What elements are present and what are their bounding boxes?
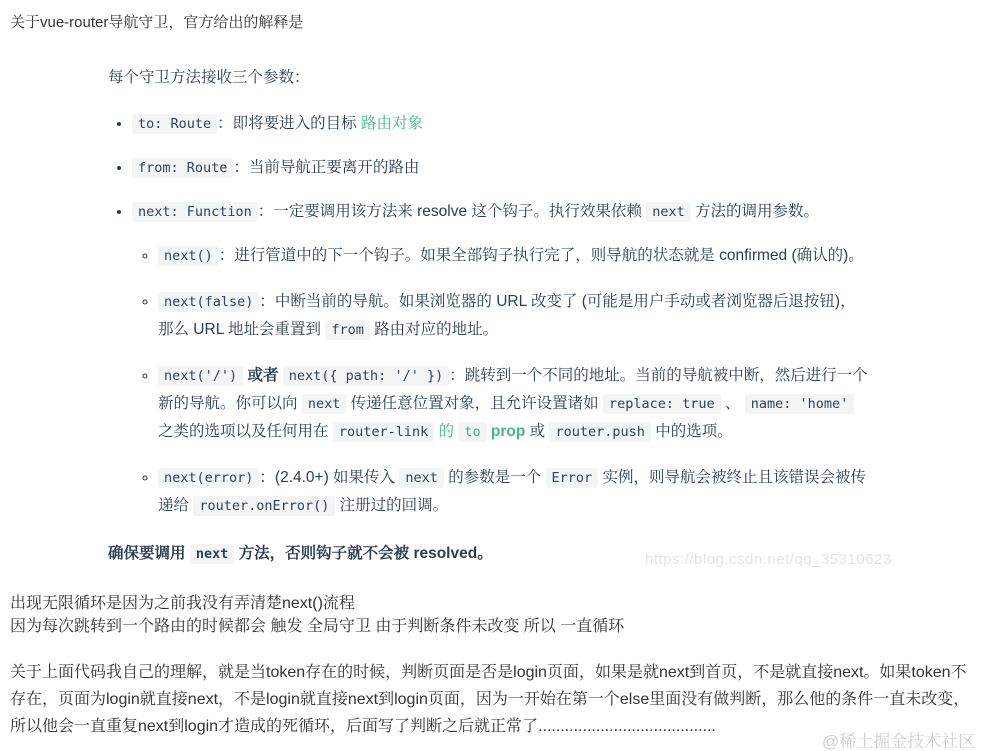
text-segment: 中的选项。 bbox=[651, 423, 733, 440]
guard-params-list: to: Route：即将要进入的目标 路由对象 from: Route：当前导航… bbox=[108, 110, 870, 520]
list-item-text: to: Route：即将要进入的目标 路由对象 bbox=[132, 115, 423, 132]
text-segment: 路由对应的地址。 bbox=[370, 321, 498, 338]
list-item-to-route: to: Route：即将要进入的目标 路由对象 bbox=[132, 110, 870, 138]
inline-code: replace: true bbox=[603, 394, 721, 414]
inline-code: router.push bbox=[549, 422, 650, 442]
inline-code: next(error) bbox=[158, 468, 259, 488]
list-item-from-route: from: Route：当前导航正要离开的路由 bbox=[132, 154, 870, 182]
list-item-next-false: next(false)：中断当前的导航。如果浏览器的 URL 改变了 (可能是用… bbox=[158, 288, 870, 344]
text-segment: 注册过的回调。 bbox=[335, 497, 448, 514]
csdn-url-watermark: https://blog.csdn.net/qq_35310623 bbox=[645, 551, 892, 568]
note-line-1: 出现无限循环是因为之前我没有弄清楚next()流程 bbox=[10, 592, 982, 615]
text-segment: 之类的选项以及任何用在 bbox=[158, 423, 333, 440]
text-segment: 、 bbox=[721, 395, 745, 412]
inline-code: name: 'home' bbox=[745, 394, 855, 414]
intro-paragraph: 关于vue-router导航守卫，官方给出的解释是 bbox=[10, 12, 982, 34]
inline-code: next: Function bbox=[132, 202, 258, 222]
docs-quote-block: 每个守卫方法接收三个参数： to: Route：即将要进入的目标 路由对象 fr… bbox=[108, 66, 870, 568]
inline-code: next(false) bbox=[158, 292, 259, 312]
text-segment: ：进行管道中的下一个钩子。如果全部钩子执行完了，则导航的状态就是 confirm… bbox=[219, 247, 864, 264]
list-item-text: next()：进行管道中的下一个钩子。如果全部钩子执行完了，则导航的状态就是 c… bbox=[158, 247, 864, 264]
quote-lead: 每个守卫方法接收三个参数： bbox=[108, 66, 870, 90]
list-item-next-path: next('/') 或者 next({ path: '/' })：跳转到一个不同… bbox=[158, 362, 870, 446]
inline-code-link[interactable]: to bbox=[458, 422, 486, 442]
text-segment: 方法的调用参数。 bbox=[691, 203, 819, 220]
juejin-watermark: @稀土掘金技术社区 bbox=[822, 727, 975, 751]
list-item-next-error: next(error)：(2.4.0+) 如果传入 next 的参数是一个 Er… bbox=[158, 464, 870, 520]
note-line-2: 因为每次跳转到一个路由的时候都会 触发 全局守卫 由于判断条件未改变 所以 一直… bbox=[10, 615, 982, 638]
inline-code: next() bbox=[158, 246, 219, 266]
list-item-text: next(error)：(2.4.0+) 如果传入 next 的参数是一个 Er… bbox=[158, 469, 866, 514]
text-segment: ：即将要进入的目标 bbox=[217, 115, 361, 132]
inline-code: from bbox=[325, 320, 370, 340]
inline-code: next bbox=[302, 394, 347, 414]
text-segment: ：中断当前的导航。如果浏览器的 URL 改变了 (可能是用户手动或者浏览器后退按… bbox=[158, 293, 856, 338]
inline-link[interactable]: 路由对象 bbox=[361, 115, 423, 132]
quote-footer-text: 确保要调用 next 方法，否则钩子就不会被 resolved。 bbox=[108, 545, 493, 562]
list-item-text: next: Function：一定要调用该方法来 resolve 这个钩子。执行… bbox=[132, 203, 819, 220]
inline-code: next bbox=[399, 468, 444, 488]
text-segment: ：一定要调用该方法来 resolve 这个钩子。执行效果依赖 bbox=[258, 203, 646, 220]
text-segment: 的参数是一个 bbox=[444, 469, 546, 486]
next-arguments-list: next()：进行管道中的下一个钩子。如果全部钩子执行完了，则导航的状态就是 c… bbox=[132, 242, 870, 520]
text-segment: ：(2.4.0+) 如果传入 bbox=[259, 469, 399, 486]
list-item-text: next(false)：中断当前的导航。如果浏览器的 URL 改变了 (可能是用… bbox=[158, 293, 856, 338]
bold-text-segment: 确保要调用 bbox=[108, 545, 190, 562]
inline-code: next({ path: '/' }) bbox=[283, 366, 449, 386]
list-item-next-empty: next()：进行管道中的下一个钩子。如果全部钩子执行完了，则导航的状态就是 c… bbox=[158, 242, 870, 270]
author-notes: 出现无限循环是因为之前我没有弄清楚next()流程 因为每次跳转到一个路由的时候… bbox=[10, 592, 982, 638]
inline-code: router-link bbox=[333, 422, 434, 442]
inline-link-bold[interactable]: prop bbox=[487, 423, 526, 440]
inline-code: to: Route bbox=[132, 114, 217, 134]
bold-text-segment: 方法，否则钩子就不会被 resolved。 bbox=[234, 545, 492, 562]
inline-code: Error bbox=[546, 468, 599, 488]
text-segment: 传递任意位置对象，且允许设置诸如 bbox=[346, 395, 603, 412]
list-item-next-function: next: Function：一定要调用该方法来 resolve 这个钩子。执行… bbox=[132, 198, 870, 520]
inline-code: next('/') bbox=[158, 366, 243, 386]
text-segment: ：当前导航正要离开的路由 bbox=[233, 159, 419, 176]
inline-code: next bbox=[646, 202, 691, 222]
list-item-text: from: Route：当前导航正要离开的路由 bbox=[132, 159, 419, 176]
inline-link[interactable]: 的 bbox=[434, 423, 458, 440]
text-segment: 或 bbox=[525, 423, 549, 440]
list-item-text: next('/') 或者 next({ path: '/' })：跳转到一个不同… bbox=[158, 367, 868, 440]
inline-code: from: Route bbox=[132, 158, 233, 178]
inline-code: next bbox=[190, 544, 235, 564]
article-page: 关于vue-router导航守卫，官方给出的解释是 每个守卫方法接收三个参数： … bbox=[0, 0, 990, 751]
inline-code: router.onError() bbox=[193, 496, 335, 516]
bold-text-segment: 或者 bbox=[243, 367, 283, 384]
